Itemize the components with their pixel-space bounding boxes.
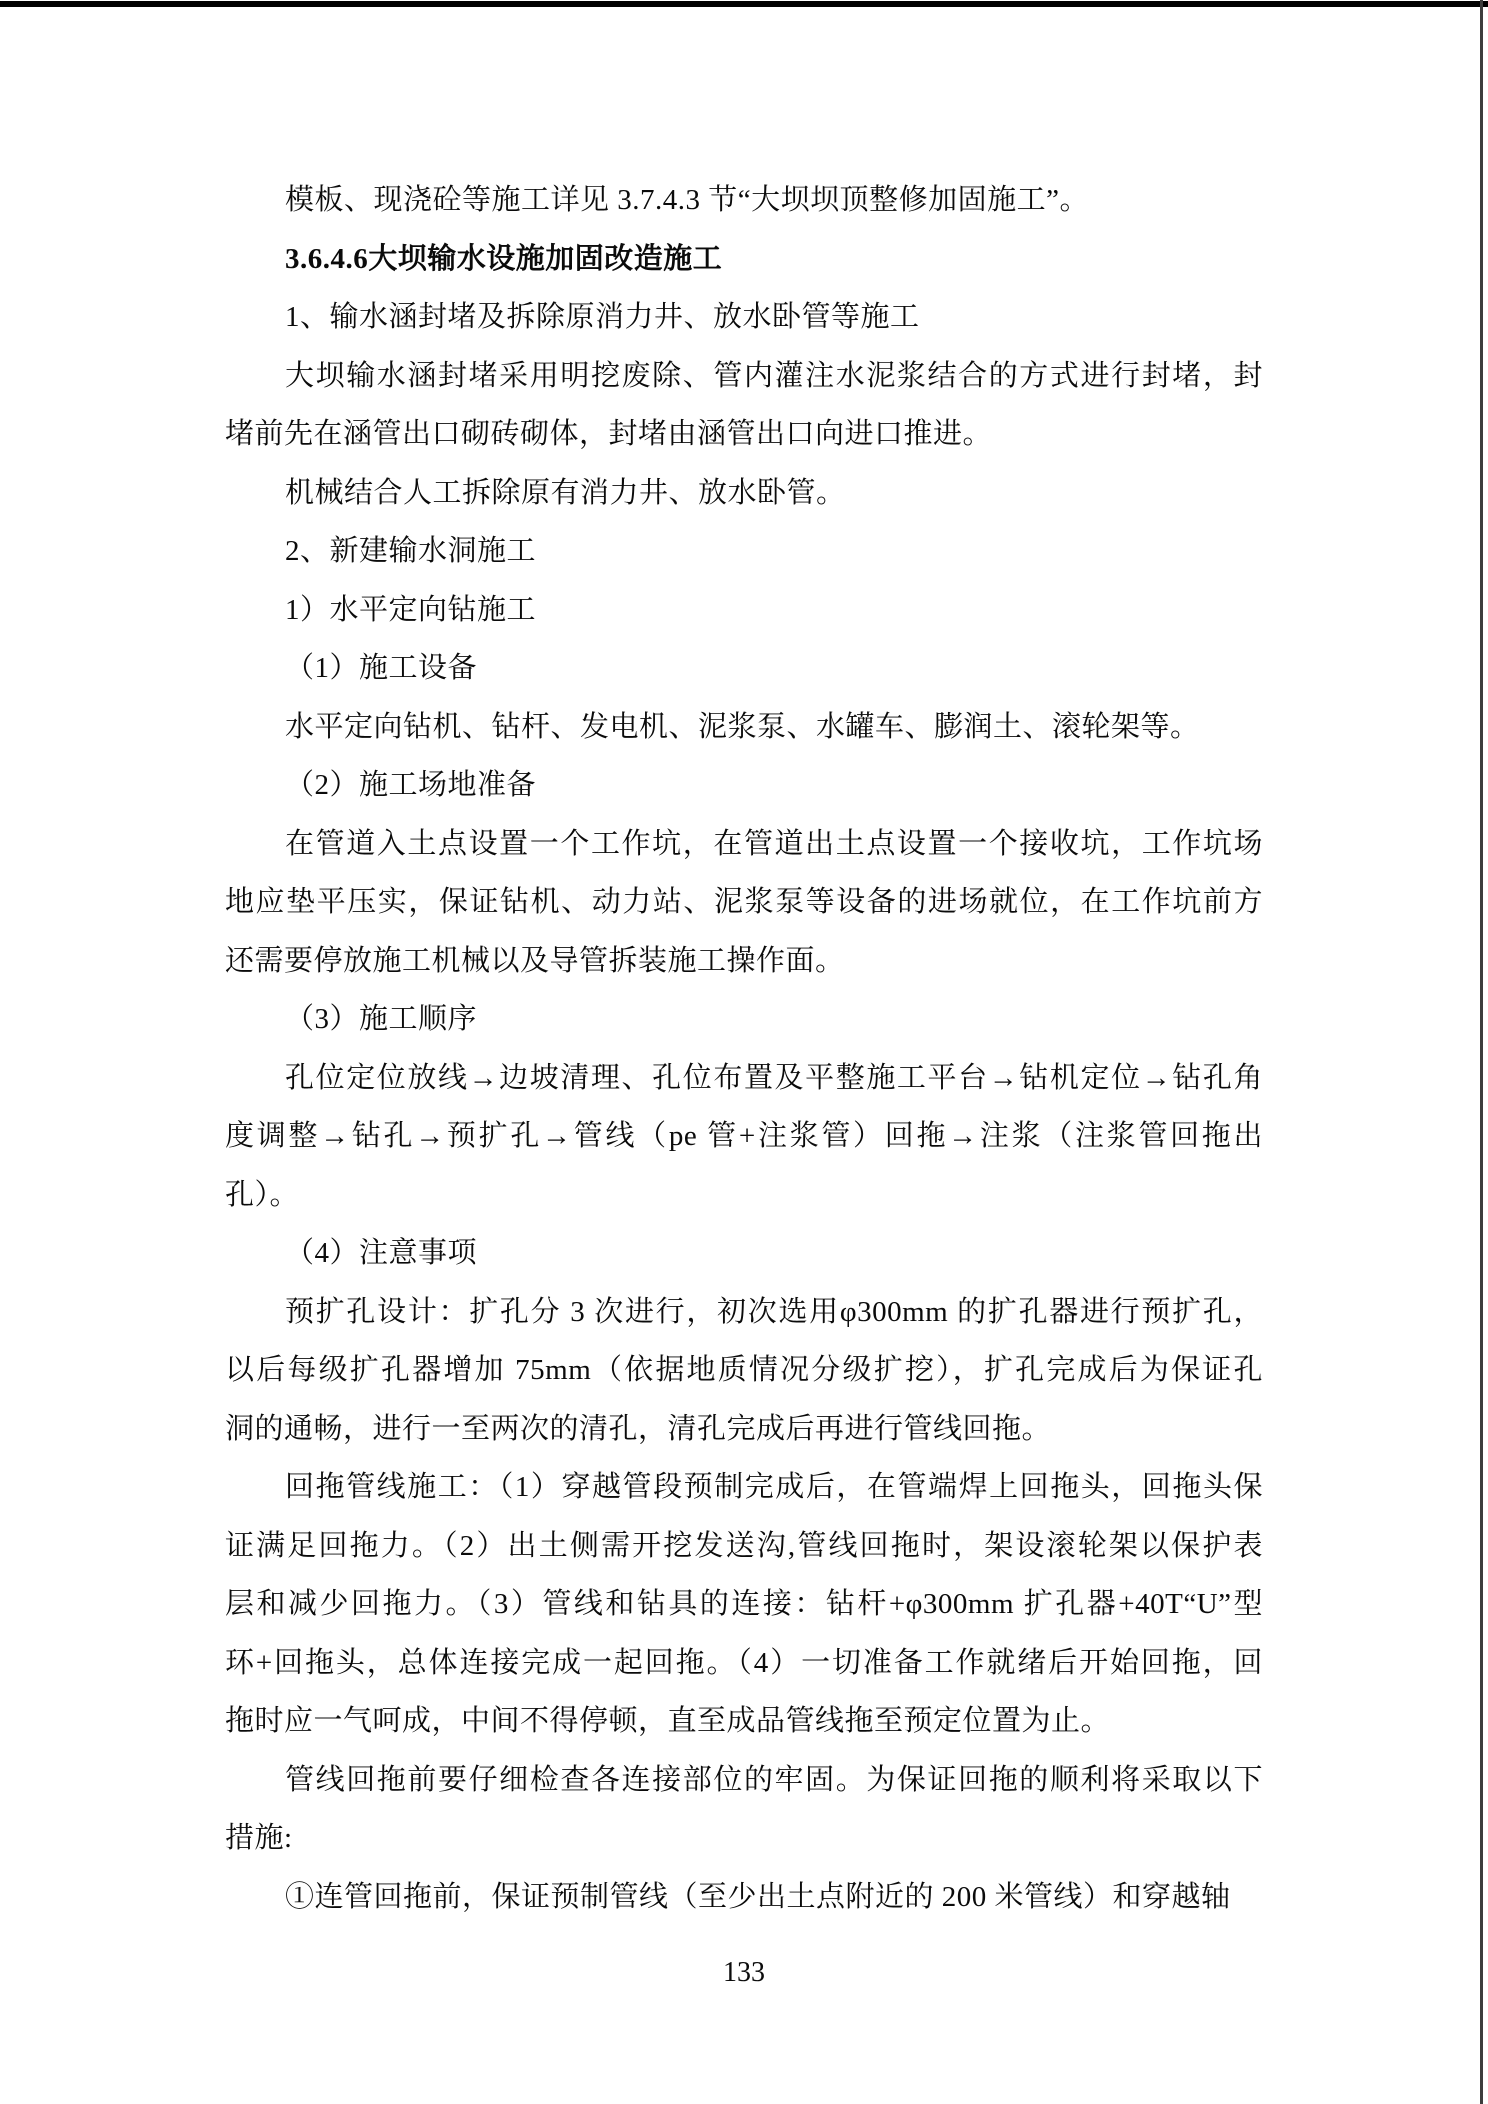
section-heading: 3.6.4.6大坝输水设施加固改造施工 <box>225 230 1263 289</box>
paragraph-line: 在管道入土点设置一个工作坑，在管道出土点设置一个接收坑，工作坑场 <box>225 815 1263 874</box>
paragraph-line: 措施: <box>225 1809 1263 1868</box>
numbered-note-line: ①连管回拖前，保证预制管线（至少出土点附近的 200 米管线）和穿越轴 <box>225 1868 1263 1927</box>
paragraph-line: 孔）。 <box>225 1166 1263 1225</box>
paragraph-line: 以后每级扩孔器增加 75mm（依据地质情况分级扩挖），扩孔完成后为保证孔 <box>225 1341 1263 1400</box>
list-item-line: （3）施工顺序 <box>225 990 1263 1049</box>
paragraph-line: 环+回拖头，总体连接完成一起回拖。（4）一切准备工作就绪后开始回拖，回 <box>225 1634 1263 1693</box>
list-item-line: 1）水平定向钻施工 <box>225 581 1263 640</box>
paragraph-line: 洞的通畅，进行一至两次的清孔，清孔完成后再进行管线回拖。 <box>225 1400 1263 1459</box>
paragraph-line: 管线回拖前要仔细检查各连接部位的牢固。为保证回拖的顺利将采取以下 <box>225 1751 1263 1810</box>
document-body: 模板、现浇砼等施工详见 3.7.4.3 节“大坝坝顶整修加固施工”。 3.6.4… <box>225 171 1263 1926</box>
paragraph-line: 拖时应一气呵成，中间不得停顿，直至成品管线拖至预定位置为止。 <box>225 1692 1263 1751</box>
paragraph-line: 大坝输水涵封堵采用明挖废除、管内灌注水泥浆结合的方式进行封堵，封 <box>225 347 1263 406</box>
page-number: 133 <box>0 1957 1488 1989</box>
document-page: { "doc": { "lines": [ "模板、现浇砼等施工详见 3.7.4… <box>0 0 1488 2104</box>
list-item-line: （2）施工场地准备 <box>225 756 1263 815</box>
page-background: 模板、现浇砼等施工详见 3.7.4.3 节“大坝坝顶整修加固施工”。 3.6.4… <box>0 0 1488 2104</box>
paragraph-line: 堵前先在涵管出口砌砖砌体，封堵由涵管出口向进口推进。 <box>225 405 1263 464</box>
list-item-line: （4）注意事项 <box>225 1224 1263 1283</box>
page-border-right <box>1480 0 1483 2104</box>
paragraph-line: 预扩孔设计：扩孔分 3 次进行，初次选用φ300mm 的扩孔器进行预扩孔， <box>225 1283 1263 1342</box>
paragraph-line: 层和减少回拖力。（3）管线和钻具的连接：钻杆+φ300mm 扩孔器+40T“U”… <box>225 1575 1263 1634</box>
list-item-line: 1、输水涵封堵及拆除原消力井、放水卧管等施工 <box>225 288 1263 347</box>
page-border-top <box>0 1 1488 7</box>
paragraph-line: 回拖管线施工：（1）穿越管段预制完成后，在管端焊上回拖头，回拖头保 <box>225 1458 1263 1517</box>
paragraph-line: 地应垫平压实，保证钻机、动力站、泥浆泵等设备的进场就位，在工作坑前方 <box>225 873 1263 932</box>
paragraph-line: 度调整→钻孔→预扩孔→管线（pe 管+注浆管）回拖→注浆（注浆管回拖出 <box>225 1107 1263 1166</box>
paragraph-line: 孔位定位放线→边坡清理、孔位布置及平整施工平台→钻机定位→钻孔角 <box>225 1049 1263 1108</box>
paragraph-line: 证满足回拖力。（2）出土侧需开挖发送沟,管线回拖时，架设滚轮架以保护表 <box>225 1517 1263 1576</box>
paragraph-line: 还需要停放施工机械以及导管拆装施工操作面。 <box>225 932 1263 991</box>
paragraph-line: 模板、现浇砼等施工详见 3.7.4.3 节“大坝坝顶整修加固施工”。 <box>225 171 1263 230</box>
list-item-line: （1）施工设备 <box>225 639 1263 698</box>
paragraph-line: 机械结合人工拆除原有消力井、放水卧管。 <box>225 464 1263 523</box>
list-item-line: 2、新建输水洞施工 <box>225 522 1263 581</box>
paragraph-line: 水平定向钻机、钻杆、发电机、泥浆泵、水罐车、膨润土、滚轮架等。 <box>225 698 1263 757</box>
